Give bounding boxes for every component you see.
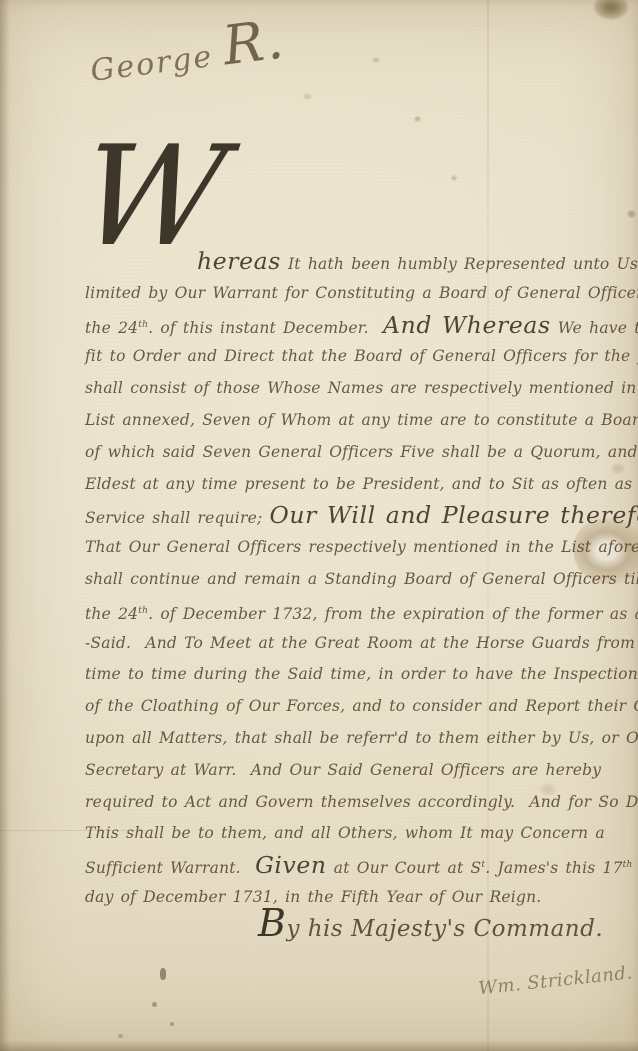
closing-initial: B — [258, 901, 286, 945]
paper-bottom-edge — [0, 1040, 638, 1051]
manuscript-line-17: Secretary at Warr. And Our Said General … — [85, 755, 630, 787]
manuscript-line-7: of which said Seven General Officers Fiv… — [85, 437, 630, 469]
manuscript-line-4: fit to Order and Direct that the Board o… — [85, 341, 630, 373]
ink-blot — [170, 1022, 174, 1026]
sign-manual-name: George — [89, 38, 227, 89]
manuscript-line-19: This shall be to them, and all Others, w… — [85, 818, 630, 850]
ink-blot — [118, 1034, 123, 1038]
foxing-spot — [627, 210, 636, 218]
manuscript-line-2: limited by Our Warrant for Constituting … — [85, 278, 630, 310]
foxing-spot — [451, 175, 457, 181]
foxing-spot — [372, 57, 380, 63]
manuscript-body: hereas It hath been humbly Represented u… — [85, 246, 630, 914]
manuscript-line-5: shall consist of those Whose Names are r… — [85, 373, 630, 405]
manuscript-line-3: the 24th. of this instant December. And … — [85, 310, 630, 342]
countersignature: Wm. Strickland. — [477, 958, 638, 1000]
closing-formula: By his Majesty's Command. — [258, 916, 603, 942]
foxing-spot — [414, 116, 421, 122]
manuscript-line-20: Sufficient Warrant. Given at Our Court a… — [85, 850, 630, 882]
foxing-spot — [303, 93, 312, 100]
stain-top-edge — [593, 0, 629, 20]
ink-blot — [160, 968, 166, 980]
manuscript-line-11: shall continue and remain a Standing Boa… — [85, 564, 630, 596]
manuscript-line-14: time to time during the Said time, in or… — [85, 659, 630, 691]
manuscript-line-15: of the Cloathing of Our Forces, and to c… — [85, 691, 630, 723]
manuscript-line-1: hereas It hath been humbly Represented u… — [85, 246, 630, 278]
manuscript-line-12: the 24th. of December 1732, from the exp… — [85, 596, 630, 628]
closing-text: y his Majesty's Command. — [286, 916, 603, 942]
royal-sign-manual: George R. — [89, 30, 288, 89]
manuscript-line-18: required to Act and Govern themselves ac… — [85, 787, 630, 819]
manuscript-line-21: day of December 1731, in the Fifth Year … — [85, 882, 630, 914]
manuscript-line-16: upon all Matters, that shall be referr'd… — [85, 723, 630, 755]
paper-left-edge — [0, 0, 10, 1051]
sign-manual-initial: R. — [219, 7, 288, 77]
manuscript-line-9: Service shall require; Our Will and Plea… — [85, 500, 630, 532]
manuscript-page: George R. W hereas It hath been humbly R… — [0, 0, 638, 1051]
manuscript-line-8: Eldest at any time present to be Preside… — [85, 469, 630, 501]
manuscript-line-10: That Our General Officers respectively m… — [85, 532, 630, 564]
ink-blot — [152, 1002, 157, 1007]
manuscript-line-13: -Said. And To Meet at the Great Room at … — [85, 628, 630, 660]
manuscript-line-6: List annexed, Seven of Whom at any time … — [85, 405, 630, 437]
